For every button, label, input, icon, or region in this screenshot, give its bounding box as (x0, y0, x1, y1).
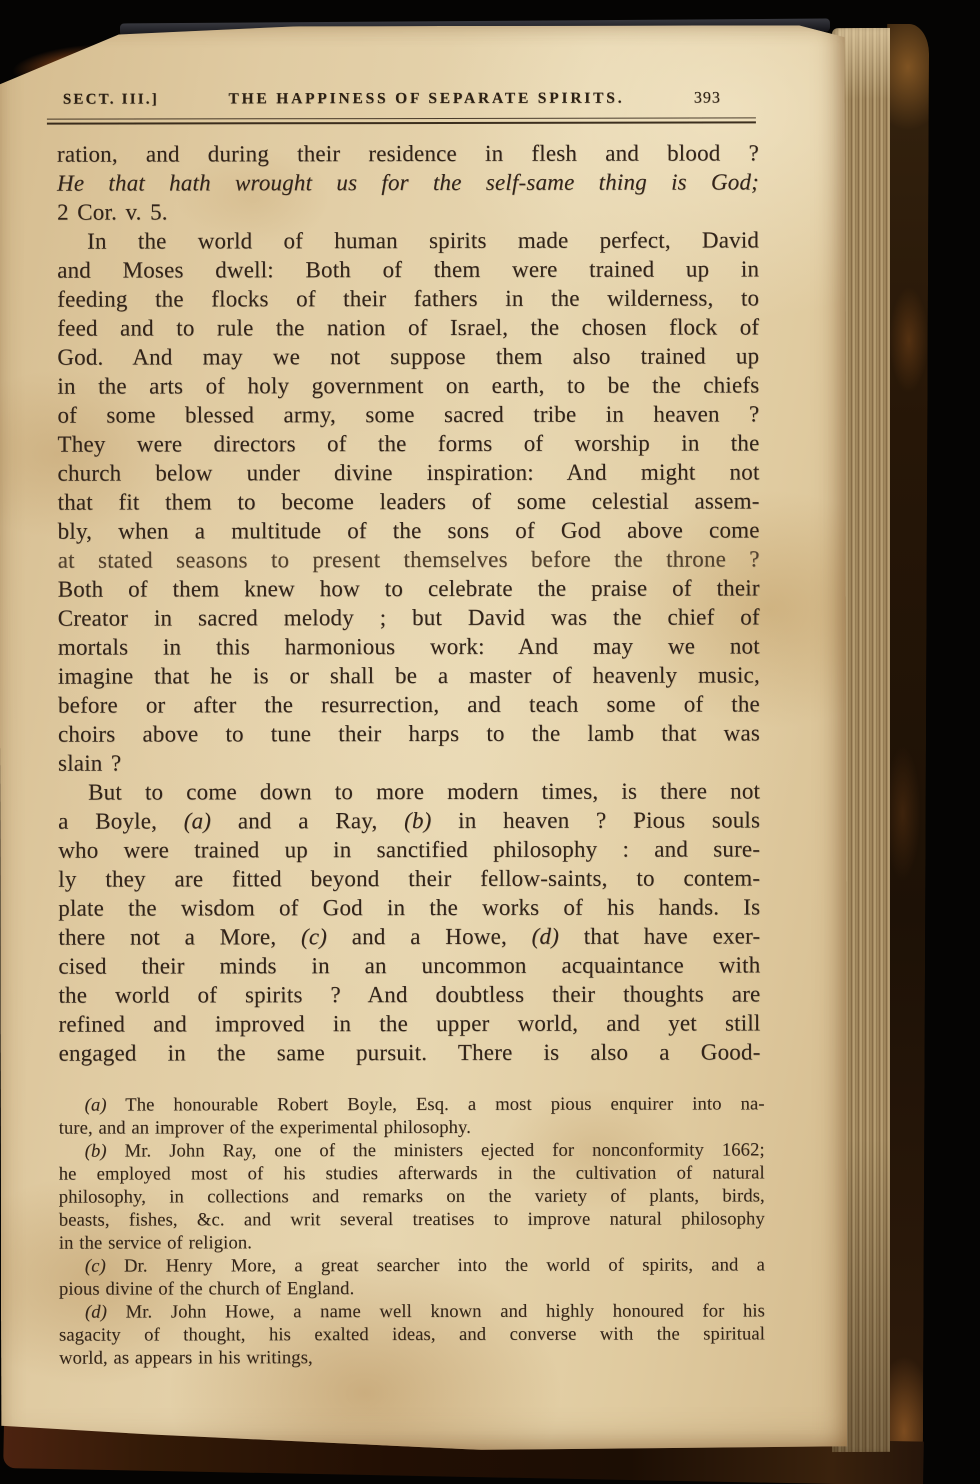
text-segment: (c) (85, 1256, 106, 1277)
text-line: plate the wisdom of God in the works of … (58, 892, 760, 922)
text-line: sagacity of thought, his exalted ideas, … (59, 1322, 765, 1346)
body-text: ration, and during their residence in fl… (57, 138, 761, 1067)
text-segment: He that hath wrought us for the self-sam… (57, 169, 759, 195)
text-segment: and Moses dwell: Both of them were train… (57, 256, 759, 282)
text-segment: slain ? (58, 751, 121, 776)
section-label: SECT. III.] (63, 91, 159, 108)
text-line: and Moses dwell: Both of them were train… (57, 254, 759, 284)
text-line: bly, when a multitude of the sons of God… (58, 515, 760, 545)
text-line: the world of spirits ? And doubtless the… (58, 979, 760, 1009)
text-line: In the world of human spirits made perfe… (57, 225, 759, 255)
text-segment: choirs above to tune their harps to the … (58, 720, 760, 746)
text-segment: beasts, fishes, &c. and writ several tre… (59, 1208, 765, 1230)
text-segment: pious divine of the church of England. (59, 1278, 354, 1300)
text-segment: feeding the flocks of their fathers in t… (57, 285, 759, 311)
text-segment: a Boyle, (58, 808, 184, 833)
text-segment: 2 Cor. v. 5. (57, 199, 168, 224)
text-line: before or after the resurrection, and te… (58, 689, 760, 719)
text-segment: sagacity of thought, his exalted ideas, … (59, 1323, 765, 1345)
text-segment: in heaven ? Pious souls (431, 807, 760, 833)
text-segment: Creator in sacred melody ; but David was… (58, 604, 760, 630)
text-line: engaged in the same pursuit. There is al… (59, 1037, 761, 1067)
text-line: ration, and during their residence in fl… (57, 138, 759, 168)
text-line: there not a More, (c) and a Howe, (d) th… (58, 921, 760, 951)
text-segment: in the service of religion. (59, 1232, 252, 1253)
text-segment: (d) (85, 1302, 107, 1323)
text-line: of some blessed army, some sacred tribe … (57, 399, 759, 429)
text-line: feed and to rule the nation of Israel, t… (57, 312, 759, 342)
text-segment: (b) (404, 808, 431, 833)
text-segment: Mr. John Howe, a name well known and hig… (107, 1300, 765, 1322)
text-segment: ture, and an improver of the experimenta… (59, 1117, 471, 1139)
text-segment: (a) (184, 808, 211, 833)
text-segment: in the arts of holy government on earth,… (57, 372, 759, 398)
text-line: world, as appears in his writings, (59, 1345, 765, 1369)
text-line: Creator in sacred melody ; but David was… (58, 602, 760, 632)
text-segment: Both of them knew how to celebrate the p… (58, 575, 760, 601)
text-segment: imagine that he is or shall be a master … (58, 662, 760, 688)
header-rule (47, 117, 756, 124)
text-line: God. And may we not suppose them also tr… (57, 341, 759, 371)
text-line: he employed most of his studies afterwar… (59, 1161, 765, 1185)
text-line: choirs above to tune their harps to the … (58, 718, 760, 748)
text-line: But to come down to more modern times, i… (58, 776, 760, 806)
text-line: Both of them knew how to celebrate the p… (58, 573, 760, 603)
running-header: SECT. III.] THE HAPPINESS OF SEPARATE SP… (63, 89, 721, 108)
text-line: He that hath wrought us for the self-sam… (57, 167, 759, 197)
text-line: a Boyle, (a) and a Ray, (b) in heaven ? … (58, 805, 760, 835)
text-line: philosophy, in collections and remarks o… (59, 1184, 765, 1208)
text-line: church below under divine inspiration: A… (58, 457, 760, 487)
text-line: (d) Mr. John Howe, a name well known and… (59, 1299, 765, 1323)
text-segment: there not a More, (58, 924, 301, 949)
text-segment: before or after the resurrection, and te… (58, 691, 760, 717)
text-line: (c) Dr. Henry More, a great searcher int… (59, 1253, 765, 1277)
text-segment: ration, and during their residence in fl… (57, 140, 759, 166)
text-segment: But to come down to more modern times, i… (88, 778, 760, 804)
text-line: pious divine of the church of England. (59, 1276, 765, 1300)
text-line: who were trained up in sanctified philos… (58, 834, 760, 864)
text-line: imagine that he is or shall be a master … (58, 660, 760, 690)
text-line: (a) The honourable Robert Boyle, Esq. a … (59, 1092, 765, 1116)
text-segment: bly, when a multitude of the sons of God… (58, 517, 760, 543)
text-segment: world, as appears in his writings, (59, 1347, 313, 1368)
text-segment: In the world of human spirits made perfe… (87, 227, 759, 253)
text-segment: and a Ray, (211, 808, 404, 833)
text-segment: church below under divine inspiration: A… (58, 459, 760, 485)
text-segment: that fit them to become leaders of some … (58, 488, 760, 514)
text-line: 2 Cor. v. 5. (57, 196, 759, 226)
text-segment: mortals in this harmonious work: And may… (58, 633, 760, 659)
text-segment: They were directors of the forms of wors… (57, 430, 759, 456)
book-page: SECT. III.] THE HAPPINESS OF SEPARATE SP… (0, 25, 847, 1450)
text-line: refined and improved in the upper world,… (58, 1008, 760, 1038)
text-line: cised their minds in an uncommon acquain… (58, 950, 760, 980)
text-segment: (a) (85, 1095, 107, 1116)
text-segment: (c) (301, 924, 327, 949)
text-line: at stated seasons to present themselves … (58, 544, 760, 574)
text-segment: Mr. John Ray, one of the ministers eject… (107, 1139, 765, 1161)
text-segment: refined and improved in the upper world,… (58, 1010, 760, 1036)
text-line: beasts, fishes, &c. and writ several tre… (59, 1207, 765, 1231)
text-segment: feed and to rule the nation of Israel, t… (57, 314, 759, 340)
text-segment: who were trained up in sanctified philos… (58, 836, 760, 862)
book-photo: SECT. III.] THE HAPPINESS OF SEPARATE SP… (0, 0, 980, 1484)
text-segment: philosophy, in collections and remarks o… (59, 1185, 765, 1207)
text-segment: he employed most of his studies afterwar… (59, 1162, 765, 1184)
text-segment: (d) (532, 924, 559, 949)
text-segment: of some blessed army, some sacred tribe … (57, 401, 759, 427)
text-line: feeding the flocks of their fathers in t… (57, 283, 759, 313)
running-title: THE HAPPINESS OF SEPARATE SPIRITS. (159, 90, 694, 109)
text-segment: cised their minds in an uncommon acquain… (58, 952, 760, 978)
footnotes: (a) The honourable Robert Boyle, Esq. a … (59, 1092, 765, 1369)
text-line: in the arts of holy government on earth,… (57, 370, 759, 400)
text-line: mortals in this harmonious work: And may… (58, 631, 760, 661)
text-segment: and a Howe, (327, 924, 532, 949)
text-segment: (b) (85, 1141, 107, 1162)
text-line: ly they are fitted beyond their fellow-s… (58, 863, 760, 893)
text-segment: the world of spirits ? And doubtless the… (58, 981, 760, 1007)
text-segment: at stated seasons to present themselves … (58, 546, 760, 572)
text-segment: The honourable Robert Boyle, Esq. a most… (107, 1093, 765, 1115)
text-segment: God. And may we not suppose them also tr… (57, 343, 759, 369)
text-segment: Dr. Henry More, a great searcher into th… (106, 1254, 765, 1276)
text-line: ture, and an improver of the experimenta… (59, 1115, 765, 1139)
text-segment: that have exer- (559, 923, 760, 948)
text-segment: ly they are fitted beyond their fellow-s… (58, 865, 760, 891)
text-line: (b) Mr. John Ray, one of the ministers e… (59, 1138, 765, 1162)
page-number: 393 (694, 89, 721, 107)
text-line: slain ? (58, 747, 760, 777)
text-line: in the service of religion. (59, 1230, 765, 1254)
text-segment: plate the wisdom of God in the works of … (58, 894, 760, 920)
text-line: They were directors of the forms of wors… (57, 428, 759, 458)
text-line: that fit them to become leaders of some … (58, 486, 760, 516)
text-segment: engaged in the same pursuit. There is al… (59, 1039, 761, 1065)
